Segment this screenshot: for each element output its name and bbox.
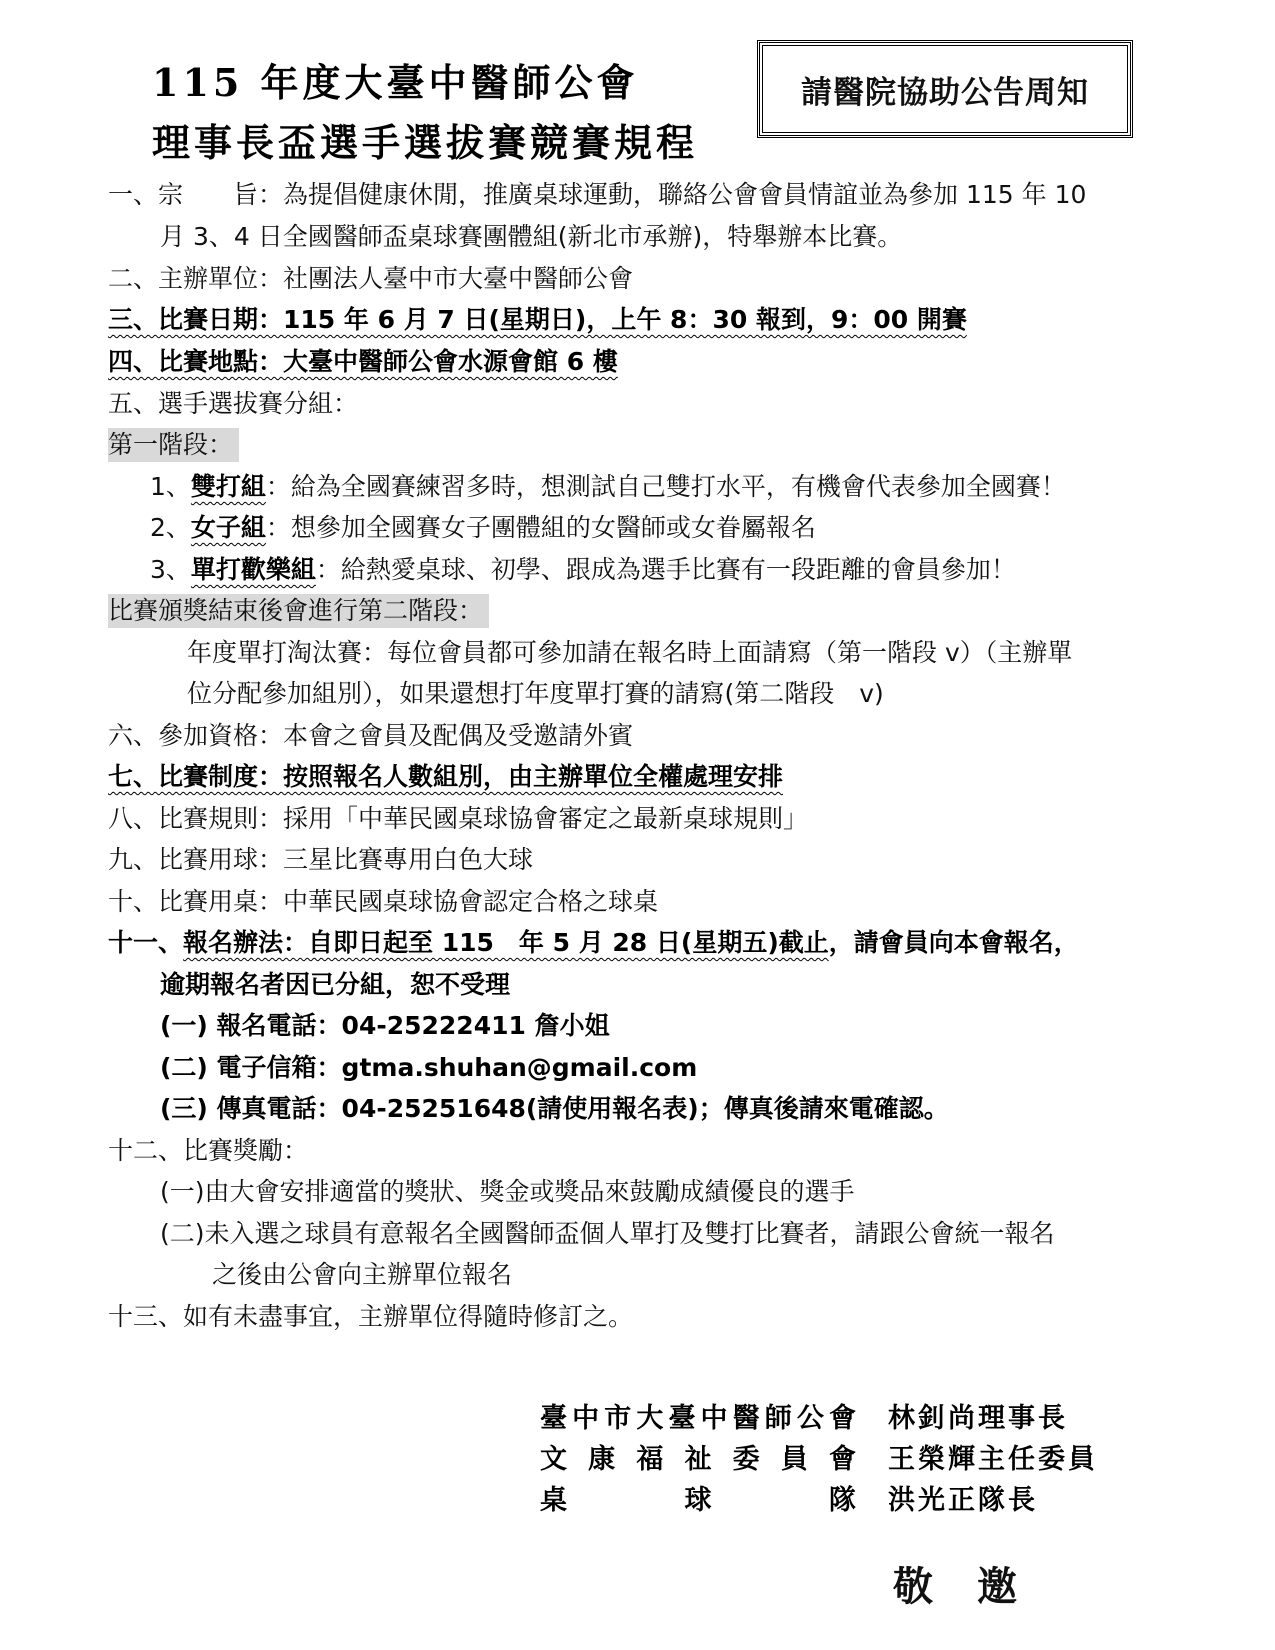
registration-fax: (三) 傳真電話：04-25251648(請使用報名表)；傳真後請來電確認。 — [160, 1092, 949, 1126]
document-title-line1: 115 年度大臺中醫師公會 — [152, 52, 639, 107]
section-6-eligibility: 六、參加資格：本會之會員及配偶及受邀請外賓 — [108, 719, 633, 753]
section-7-format: 七、比賽制度：按照報名人數組別，由主辦單位全權處理安排 — [108, 760, 783, 794]
group-number: 3、 — [150, 555, 191, 584]
signature-person: 林釗尚理事長 — [888, 1403, 1068, 1434]
stage-2-text: 年度單打淘汰賽：每位會員都可參加請在報名時上面請寫（第一階段 v）（主辦單 — [187, 636, 1072, 670]
notice-text: 請醫院協助公告周知 — [760, 67, 1130, 112]
section-11-rest: ，請會員向本會報名， — [829, 928, 1079, 957]
group-item-women: 2、女子組：想參加全國賽女子團體組的女醫師或女眷屬報名 — [150, 511, 816, 545]
section-12-awards: 十二、比賽獎勵： — [108, 1134, 308, 1168]
group-description: ：給為全國賽練習多時，想測試自己雙打水平，有機會代表參加全國賽！ — [266, 472, 1066, 501]
award-item-2-continued: 之後由公會向主辦單位報名 — [212, 1258, 512, 1292]
group-item-singles-fun: 3、單打歡樂組：給熱愛桌球、初學、跟成為選手比賽有一段距離的會員參加！ — [150, 553, 1016, 587]
signature-row: 臺中市大臺中醫師公會林釗尚理事長 — [540, 1396, 1068, 1435]
stage-2-text-continued: 位分配參加組別），如果還想打年度單打賽的請寫(第二階段 v) — [187, 677, 884, 711]
signature-org: 文康福祉委員會 — [540, 1437, 856, 1476]
group-description: ：想參加全國賽女子團體組的女醫師或女眷屬報名 — [266, 513, 816, 542]
section-10-table: 十、比賽用桌：中華民國桌球協會認定合格之球桌 — [108, 885, 658, 919]
section-1-label: 一、宗 旨： — [108, 180, 283, 209]
section-8-rules: 八、比賽規則：採用「中華民國桌球協會審定之最新桌球規則」 — [108, 802, 808, 836]
signature-org: 桌球隊 — [540, 1478, 856, 1517]
section-11-prefix: 十一、 — [108, 928, 183, 957]
signature-person: 王榮輝主任委員 — [888, 1444, 1098, 1475]
closing-text: 敬邀 — [893, 1555, 1061, 1612]
award-item-2: (二)未入選之球員有意報名全國醫師盃個人單打及雙打比賽者，請跟公會統一報名 — [160, 1217, 1055, 1251]
signature-row: 文康福祉委員會王榮輝主任委員 — [540, 1437, 1098, 1476]
section-11-continued: 逾期報名者因已分組，恕不受理 — [160, 968, 510, 1002]
stage-1-label: 第一階段： — [108, 428, 239, 462]
section-11-deadline: 報名辦法：自即日起至 115 年 5 月 28 日(星期五)截止 — [183, 928, 829, 957]
section-13-amendments: 十三、如有未盡事宜，主辦單位得隨時修訂之。 — [108, 1300, 633, 1334]
section-9-ball: 九、比賽用球：三星比賽專用白色大球 — [108, 843, 533, 877]
notice-box: 請醫院協助公告周知 — [757, 40, 1133, 138]
group-name: 單打歡樂組 — [191, 555, 316, 584]
registration-phone: (一) 報名電話：04-25222411 詹小姐 — [160, 1009, 610, 1043]
signature-row: 桌球隊洪光正隊長 — [540, 1478, 1038, 1517]
document-title-line2: 理事長盃選手選拔賽競賽規程 — [152, 112, 698, 167]
award-item-1: (一)由大會安排適當的獎狀、獎金或獎品來鼓勵成績優良的選手 — [160, 1175, 855, 1209]
section-3-date: 三、比賽日期：115 年 6 月 7 日(星期日)，上午 8：30 報到，9：0… — [108, 303, 967, 337]
section-4-venue: 四、比賽地點：大臺中醫師公會水源會館 6 樓 — [108, 345, 618, 379]
section-1-continued: 月 3、4 日全國醫師盃桌球賽團體組(新北市承辦)，特舉辦本比賽。 — [160, 220, 902, 254]
signature-org: 臺中市大臺中醫師公會 — [540, 1396, 856, 1435]
group-name: 女子組 — [191, 513, 266, 542]
stage-2-label: 比賽頒獎結束後會進行第二階段： — [108, 594, 489, 628]
section-1: 一、宗 旨：為提倡健康休閒，推廣桌球運動，聯絡公會會員情誼並為參加 115 年 … — [108, 178, 1086, 212]
section-2-organizer: 二、主辦單位：社團法人臺中市大臺中醫師公會 — [108, 262, 633, 296]
section-1-text: 為提倡健康休閒，推廣桌球運動，聯絡公會會員情誼並為參加 115 年 10 — [283, 180, 1086, 209]
group-number: 2、 — [150, 513, 191, 542]
section-11-registration: 十一、報名辦法：自即日起至 115 年 5 月 28 日(星期五)截止，請會員向… — [108, 926, 1079, 960]
group-item-doubles: 1、雙打組：給為全國賽練習多時，想測試自己雙打水平，有機會代表參加全國賽！ — [150, 470, 1066, 504]
section-5-groups-heading: 五、選手選拔賽分組： — [108, 387, 358, 421]
group-description: ：給熱愛桌球、初學、跟成為選手比賽有一段距離的會員參加！ — [316, 555, 1016, 584]
group-number: 1、 — [150, 472, 191, 501]
registration-email: (二) 電子信箱：gtma.shuhan@gmail.com — [160, 1051, 697, 1085]
group-name: 雙打組 — [191, 472, 266, 501]
signature-person: 洪光正隊長 — [888, 1485, 1038, 1516]
